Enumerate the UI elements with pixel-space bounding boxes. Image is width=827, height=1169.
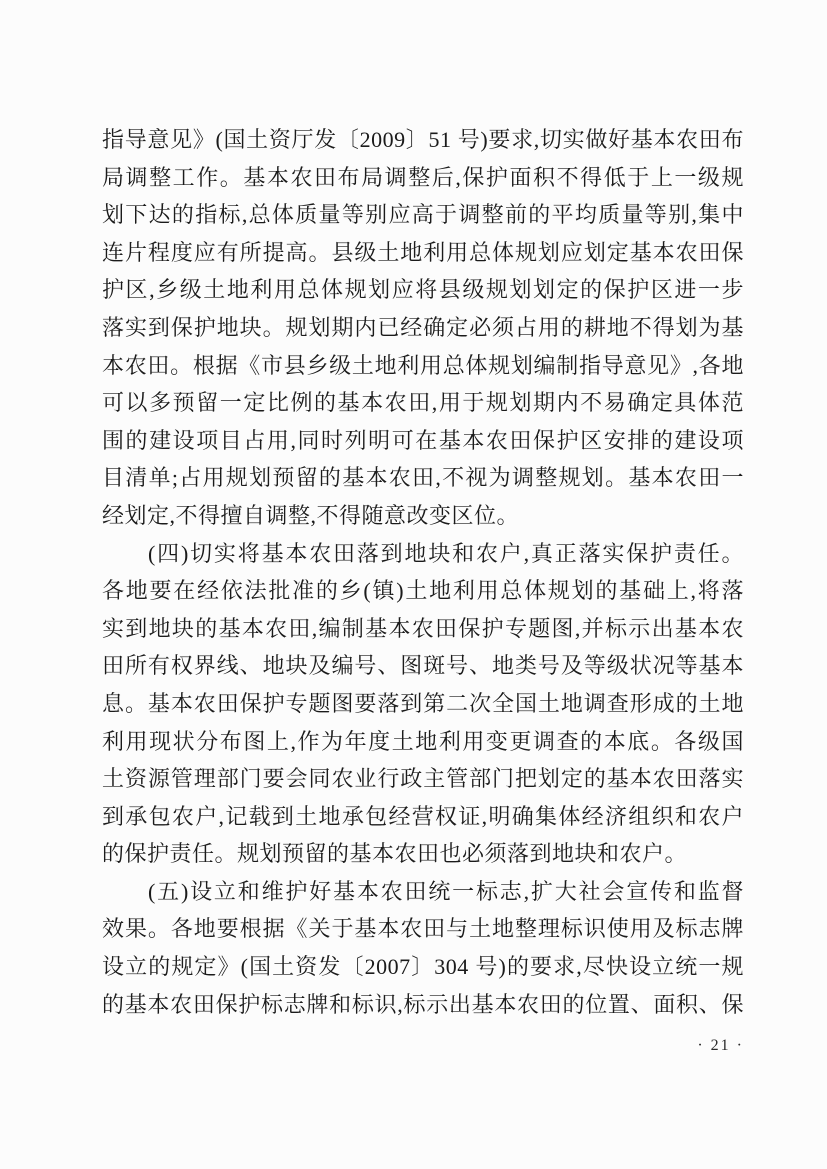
text-line: 划下达的指标,总体质量等别应高于调整前的平均质量等别,集中 <box>102 196 744 234</box>
text-line: 到承包农户,记载到土地承包经营权证,明确集体经济组织和农户 <box>102 798 744 836</box>
text-line: 各地要在经依法批准的乡(镇)土地利用总体规划的基础上,将落 <box>102 572 744 610</box>
text-line: 效果。各地要根据《关于基本农田与土地整理标识使用及标志牌 <box>102 910 744 948</box>
text-line: 的保护责任。规划预留的基本农田也必须落到地块和农户。 <box>102 835 744 873</box>
text-line: 局调整工作。基本农田布局调整后,保护面积不得低于上一级规 <box>102 159 744 197</box>
text-line: 目清单;占用规划预留的基本农田,不视为调整规划。基本农田一 <box>102 459 744 497</box>
text-line: 实到地块的基本农田,编制基本农田保护专题图,并标示出基本农 <box>102 610 744 648</box>
text-line: 设立的规定》(国土资发〔2007〕304 号)的要求,尽快设立统一规范 <box>102 948 744 986</box>
text-line: 护区,乡级土地利用总体规划应将县级规划划定的保护区进一步 <box>102 271 744 309</box>
text-line: 利用现状分布图上,作为年度土地利用变更调查的本底。各级国 <box>102 723 744 761</box>
text-line: 可以多预留一定比例的基本农田,用于规划期内不易确定具体范 <box>102 384 744 422</box>
text-line: 土资源管理部门要会同农业行政主管部门把划定的基本农田落实 <box>102 760 744 798</box>
page-number: · 21 · <box>102 1036 744 1056</box>
body-text: 指导意见》(国土资厅发〔2009〕51 号)要求,切实做好基本农田布局调整工作。… <box>102 121 744 1023</box>
text-line: 经划定,不得擅自调整,不得随意改变区位。 <box>102 497 744 535</box>
text-line: 指导意见》(国土资厅发〔2009〕51 号)要求,切实做好基本农田布 <box>102 121 744 159</box>
text-line: (四)切实将基本农田落到地块和农户,真正落实保护责任。 <box>102 535 744 573</box>
text-line: 的基本农田保护标志牌和标识,标示出基本农田的位置、面积、保 <box>102 986 744 1024</box>
text-line: 围的建设项目占用,同时列明可在基本农田保护区安排的建设项 <box>102 422 744 460</box>
text-line: (五)设立和维护好基本农田统一标志,扩大社会宣传和监督 <box>102 873 744 911</box>
text-line: 田所有权界线、地块及编号、图斑号、地类号及等级状况等基本信 <box>102 647 744 685</box>
document-page: 指导意见》(国土资厅发〔2009〕51 号)要求,切实做好基本农田布局调整工作。… <box>0 0 827 1169</box>
text-line: 落实到保护地块。规划期内已经确定必须占用的耕地不得划为基 <box>102 309 744 347</box>
text-line: 本农田。根据《市县乡级土地利用总体规划编制指导意见》,各地 <box>102 347 744 385</box>
text-line: 连片程度应有所提高。县级土地利用总体规划应划定基本农田保 <box>102 234 744 272</box>
text-line: 息。基本农田保护专题图要落到第二次全国土地调查形成的土地 <box>102 685 744 723</box>
